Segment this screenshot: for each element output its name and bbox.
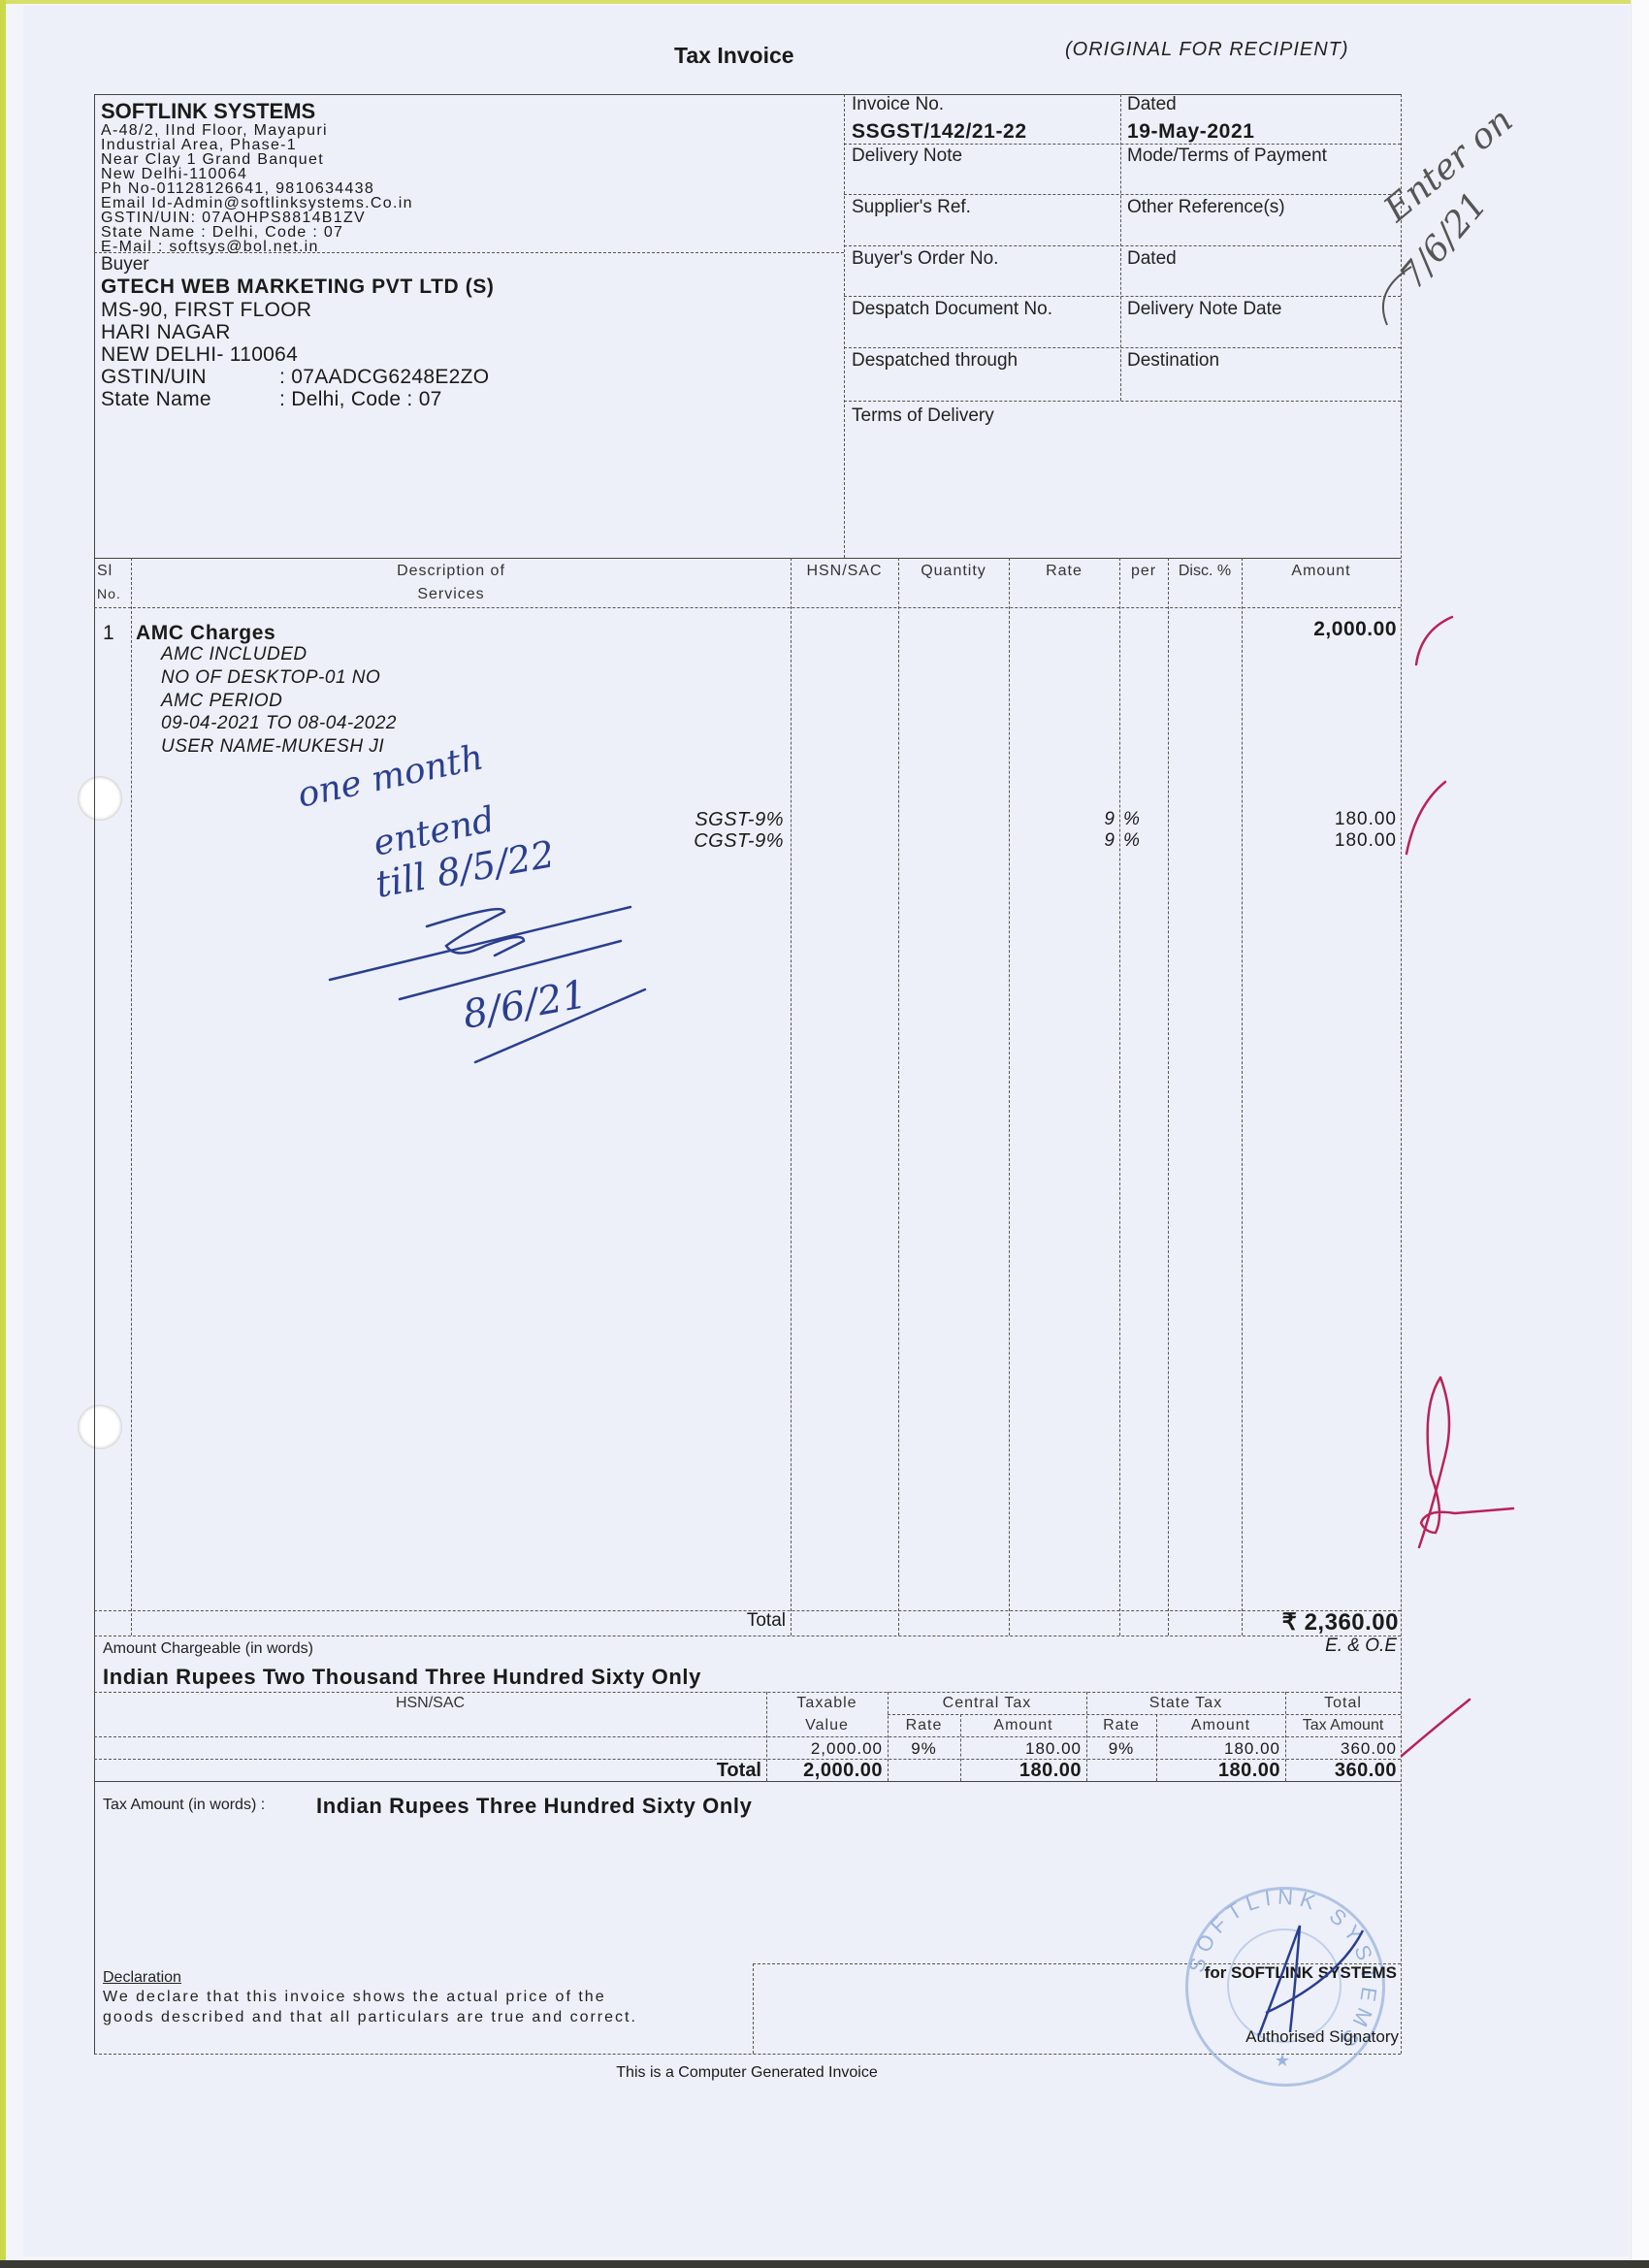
scan-edge-bottom [0,2260,1649,2268]
blue-ink-note: one month entend till 8/5/22 8/6/21 [294,737,645,1062]
svg-text:one month: one month [294,737,487,815]
signature [1259,1926,1363,2035]
red-check-marks [1402,617,1513,1756]
handwritten-annotations: one month entend till 8/5/22 8/6/21 Ente… [0,0,1649,2268]
svg-text:8/6/21: 8/6/21 [460,972,591,1038]
pencil-margin-note: Enter on 7/6/21 [1376,100,1521,325]
